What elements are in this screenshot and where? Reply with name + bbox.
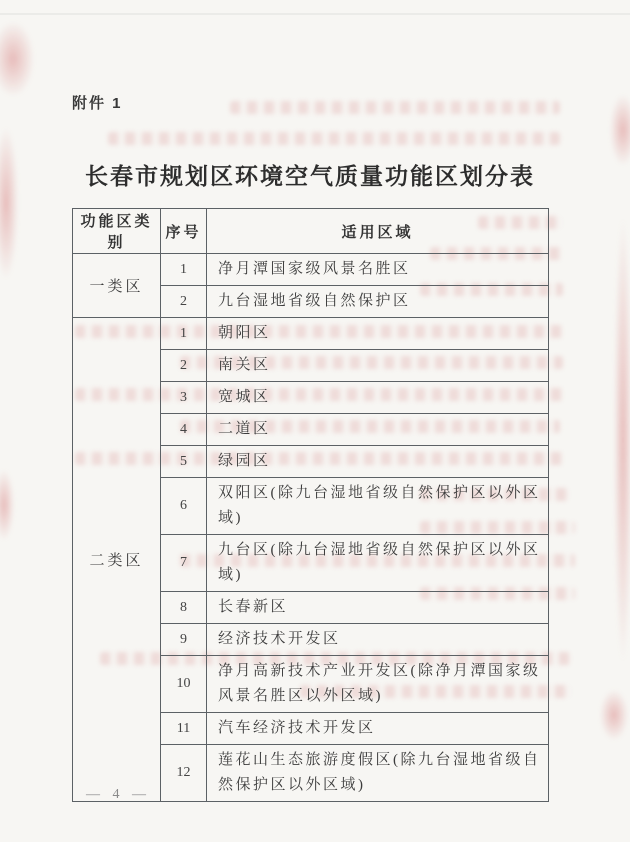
applicable-area-cell: 南关区 [207, 350, 549, 382]
air-quality-zones-table: 功能区类别 序号 适用区域 一类区1净月潭国家级风景名胜区2九台湿地省级自然保护… [72, 208, 549, 802]
document-title: 长春市规划区环境空气质量功能区划分表 [60, 158, 560, 191]
row-number-cell: 1 [161, 318, 207, 350]
applicable-area-cell: 宽城区 [207, 382, 549, 414]
column-header-area: 适用区域 [207, 209, 549, 254]
ink-bleed-mark [600, 690, 628, 740]
applicable-area-cell: 九台区(除九台湿地省级自然保护区以外区域) [207, 535, 549, 592]
row-number-cell: 8 [161, 592, 207, 624]
row-number-cell: 3 [161, 382, 207, 414]
column-header-number: 序号 [161, 209, 207, 254]
applicable-area-cell: 净月高新技术产业开发区(除净月潭国家级风景名胜区以外区域) [207, 656, 549, 713]
zones-table-body: 一类区1净月潭国家级风景名胜区2九台湿地省级自然保护区二类区1朝阳区2南关区3宽… [73, 254, 549, 802]
applicable-area-cell: 长春新区 [207, 592, 549, 624]
applicable-area-cell: 经济技术开发区 [207, 624, 549, 656]
table-row: 一类区1净月潭国家级风景名胜区 [73, 254, 549, 286]
attachment-label: 附件 1 [72, 92, 123, 113]
applicable-area-cell: 净月潭国家级风景名胜区 [207, 254, 549, 286]
row-number-cell: 9 [161, 624, 207, 656]
column-header-category: 功能区类别 [73, 209, 161, 254]
applicable-area-cell: 朝阳区 [207, 318, 549, 350]
table-row: 二类区1朝阳区 [73, 318, 549, 350]
scanned-document-page: 附件 1 长春市规划区环境空气质量功能区划分表 功能区类别 序号 适用区域 一类… [0, 0, 630, 842]
ink-bleed-line [108, 132, 560, 145]
row-number-cell: 10 [161, 656, 207, 713]
applicable-area-cell: 双阳区(除九台湿地省级自然保护区以外区域) [207, 478, 549, 535]
ink-bleed-line [230, 101, 560, 114]
zone-category-cell: 一类区 [73, 254, 161, 318]
row-number-cell: 11 [161, 713, 207, 745]
row-number-cell: 1 [161, 254, 207, 286]
ink-bleed-mark [610, 95, 630, 165]
applicable-area-cell: 二道区 [207, 414, 549, 446]
row-number-cell: 2 [161, 350, 207, 382]
table-header-row: 功能区类别 序号 适用区域 [73, 209, 549, 254]
ink-bleed-mark [0, 128, 18, 278]
row-number-cell: 4 [161, 414, 207, 446]
zone-category-cell: 二类区 [73, 318, 161, 802]
row-number-cell: 6 [161, 478, 207, 535]
page-number: — 4 — [86, 787, 147, 803]
applicable-area-cell: 汽车经济技术开发区 [207, 713, 549, 745]
ink-bleed-mark [0, 22, 34, 96]
row-number-cell: 2 [161, 286, 207, 318]
applicable-area-cell: 绿园区 [207, 446, 549, 478]
row-number-cell: 7 [161, 535, 207, 592]
ink-bleed-mark [614, 220, 630, 660]
ink-bleed-mark [0, 470, 14, 540]
row-number-cell: 12 [161, 745, 207, 802]
applicable-area-cell: 九台湿地省级自然保护区 [207, 286, 549, 318]
applicable-area-cell: 莲花山生态旅游度假区(除九台湿地省级自然保护区以外区域) [207, 745, 549, 802]
scan-artifact-line [0, 13, 630, 15]
row-number-cell: 5 [161, 446, 207, 478]
